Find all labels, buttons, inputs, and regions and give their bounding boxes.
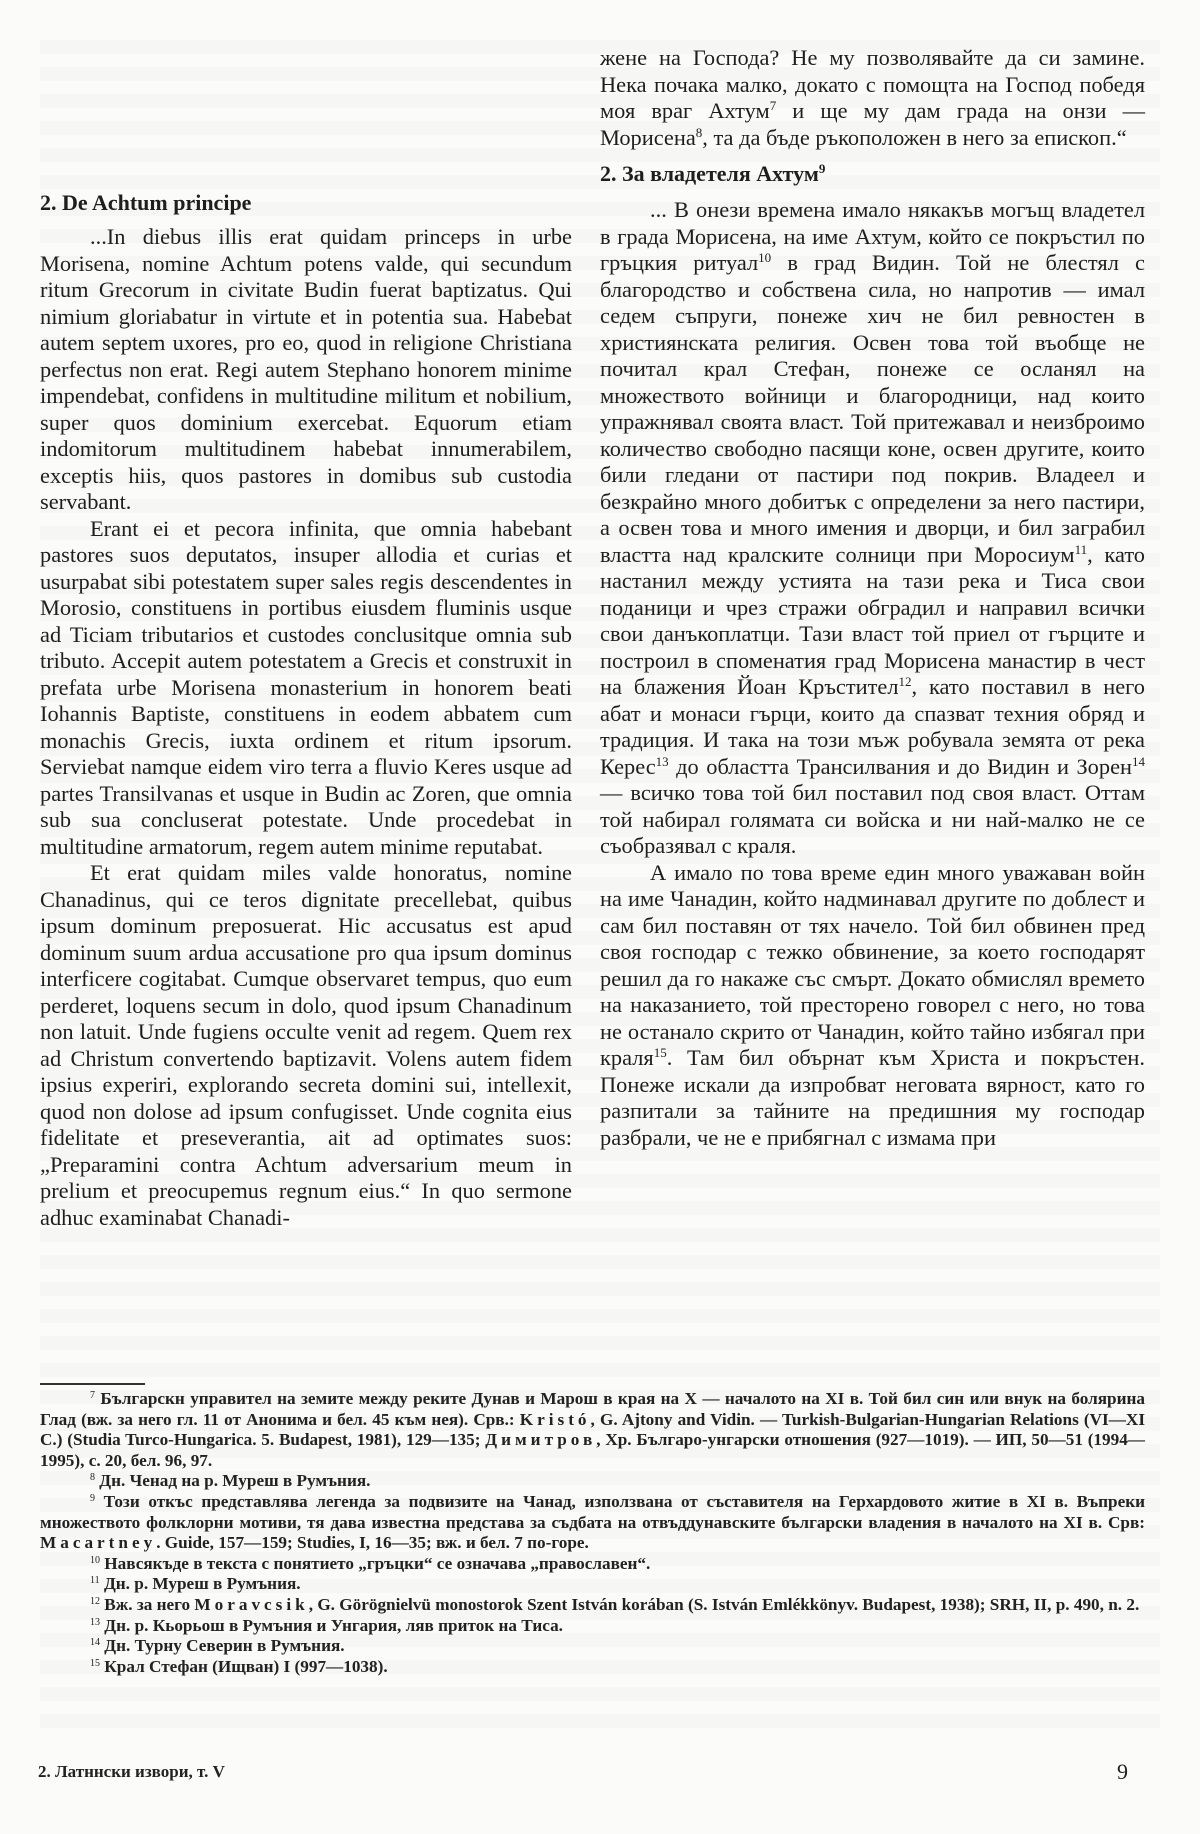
footnote-8: 8 Дн. Ченад на р. Муреш в Румъния. <box>40 1471 1145 1492</box>
signature-mark: 2. Латннски извори, т. V <box>38 1762 225 1782</box>
latin-section-heading: 2. De Achtum principe <box>40 190 572 216</box>
bulgarian-continuation-paragraph: жене на Господа? Не му позволявайте да с… <box>600 45 1145 151</box>
latin-paragraph: Et erat quidam miles valde honoratus, no… <box>40 860 572 1231</box>
latin-paragraph: Erant ei et pecora infinita, que omnia h… <box>40 516 572 861</box>
footnote-ref[interactable]: 13 <box>656 754 669 769</box>
latin-paragraph: ...In diebus illis erat quidam princeps … <box>40 224 572 516</box>
footnote-ref[interactable]: 15 <box>654 1045 667 1060</box>
footnote-12: 12 Вж. за него Moravcsik, G. Görögnielvü… <box>40 1595 1145 1616</box>
footnote-14: 14 Дн. Турну Северин в Румъния. <box>40 1636 1145 1657</box>
page-number: 9 <box>1117 1759 1128 1785</box>
bulgarian-paragraph: А имало по това време един много уважава… <box>600 860 1145 1152</box>
footnote-13: 13 Дн. р. Кьорьош в Румъния и Унгария, л… <box>40 1616 1145 1637</box>
latin-column: 2. De Achtum principe ...In diebus illis… <box>40 190 572 1231</box>
footnotes: 7 Българскн управител на земите между ре… <box>40 1389 1145 1677</box>
footnote-7: 7 Българскн управител на земите между ре… <box>40 1389 1145 1471</box>
bulgarian-column: жене на Господа? Не му позволявайте да с… <box>600 45 1145 1151</box>
footnote-ref[interactable]: 10 <box>758 250 771 265</box>
bulgarian-paragraph: ... В онези времена имало някакъв могъщ … <box>600 197 1145 860</box>
footnote-11: 11 Дн. р. Муреш в Румъния. <box>40 1574 1145 1595</box>
footnote-10: 10 Навсякъде в текста с понятието „гръцк… <box>40 1554 1145 1575</box>
footnote-15: 15 Крал Стефан (Ищван) I (997—1038). <box>40 1657 1145 1678</box>
footnote-9: 9 Този откъс представлява легенда за под… <box>40 1492 1145 1554</box>
footnote-ref[interactable]: 11 <box>1075 542 1088 557</box>
footnote-ref[interactable]: 12 <box>899 674 912 689</box>
bulgarian-section-heading: 2. За владетеля Ахтум9 <box>600 161 1145 187</box>
footnote-ref[interactable]: 9 <box>819 161 826 176</box>
footnote-ref[interactable]: 14 <box>1132 754 1145 769</box>
footnote-separator <box>40 1383 145 1385</box>
